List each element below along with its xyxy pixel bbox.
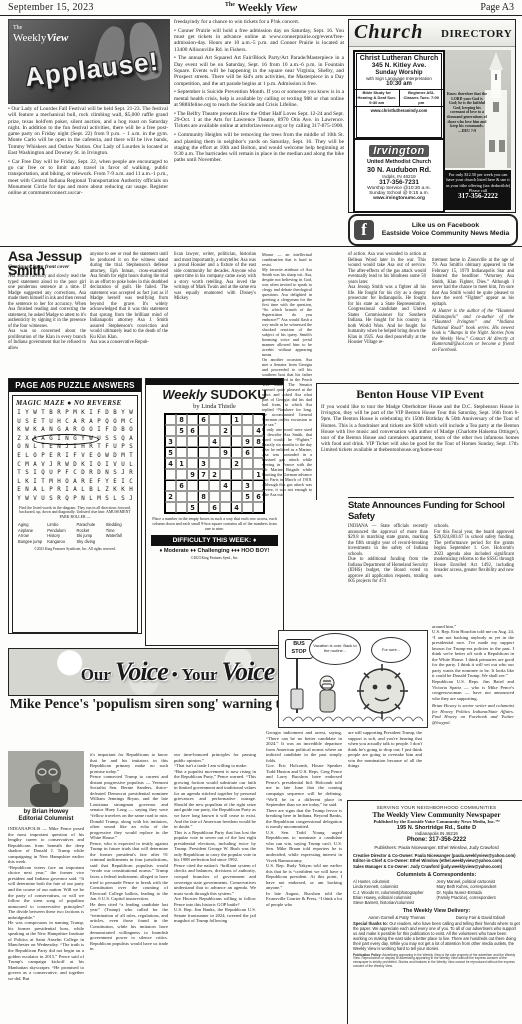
asa-col-6: tirement home in Zionsville at the age o… <box>432 252 514 380</box>
cartoon-speech-bubble-1: Vacation is over. Back to the routine... <box>309 633 361 665</box>
sudoku-copyright: ©2023 King Features Synd., Inc. <box>146 556 283 560</box>
sudoku-cell[interactable] <box>187 436 198 447</box>
sudoku-cell[interactable] <box>187 480 198 491</box>
sudoku-cell[interactable] <box>198 447 209 458</box>
sudoku-cell[interactable] <box>187 458 198 469</box>
word-search-row: CMAVJRWDKIOIVUL <box>15 461 135 470</box>
sudoku-cell[interactable] <box>220 491 231 502</box>
sudoku-title: Weekly SUDOKU <box>146 387 283 402</box>
publishers-line: Publishers: Paula Nicewanger, Ethel Wins… <box>353 845 520 850</box>
newspaper-page: September 15, 2023 The Weekly View Page … <box>0 0 522 1024</box>
sudoku-cell[interactable]: 3 <box>165 436 176 447</box>
sudoku-grid[interactable]: 86156243498596413297216432856564 <box>164 413 265 514</box>
sudoku-cell[interactable] <box>176 447 187 458</box>
sudoku-cell[interactable]: 5 <box>187 502 198 513</box>
sudoku-cell[interactable] <box>242 502 253 513</box>
applause-title: Applause! <box>16 45 169 94</box>
sudoku-cell[interactable]: 2 <box>231 458 242 469</box>
sudoku-cell[interactable] <box>209 491 220 502</box>
sudoku-cell[interactable]: 5 <box>242 491 253 502</box>
editorial-cartoon: BUS STOP Vacation is over. Back to the r… <box>278 630 428 728</box>
sudoku-cell[interactable] <box>209 458 220 469</box>
school-safety-title: State Announces Funding for School Safet… <box>348 500 514 522</box>
sudoku-cell[interactable] <box>209 414 220 425</box>
sudoku-cell[interactable]: 5 <box>176 425 187 436</box>
masthead-phone: Phone: 317-356-2222 <box>353 837 520 843</box>
sudoku-cell[interactable] <box>242 414 253 425</box>
cartoon-speech-bubble-2: For sure... <box>371 637 411 663</box>
church-listing-price-note[interactable]: For only $12.50 per week you can have yo… <box>445 170 511 210</box>
sudoku-cell[interactable] <box>253 458 264 469</box>
masthead-box-title: The Weekly View Community Newspaper <box>353 811 520 819</box>
asa-col-1: Asa Smith carefully and slowly read the … <box>8 274 86 374</box>
sudoku-cell[interactable]: 6 <box>253 491 264 502</box>
church-listing-phone[interactable]: 317-356-2222 <box>445 194 511 199</box>
facebook-line1: Like us on Facebook <box>379 222 512 230</box>
sudoku-cell[interactable]: 9 <box>220 447 231 458</box>
sudoku-cell[interactable] <box>176 469 187 480</box>
sudoku-byline: by Linda Thistle <box>146 403 283 410</box>
sudoku-cell[interactable]: 6 <box>198 414 209 425</box>
special-thanks: Special thanks to: Our readers, who have… <box>353 922 520 951</box>
sudoku-cell[interactable] <box>176 491 187 502</box>
sudoku-cell[interactable]: 3 <box>242 480 253 491</box>
sudoku-cell[interactable] <box>253 447 264 458</box>
sudoku-cell[interactable] <box>187 447 198 458</box>
word-search-row: LKITMHOAREFYEIC <box>15 478 135 487</box>
asa-article-title: Asa Jessup Smith <box>8 249 90 277</box>
circled-answer-kangaroo <box>32 434 99 445</box>
asa-article-subtitle: Continued from front cover <box>8 264 90 270</box>
benton-house-section: Benton House VIP Event If you would like… <box>316 383 519 500</box>
sudoku-cell[interactable] <box>165 480 176 491</box>
sudoku-cell[interactable] <box>242 425 253 436</box>
sudoku-cell[interactable]: 4 <box>253 425 264 436</box>
header-masthead: The Weekly View <box>0 2 522 14</box>
sudoku-cell[interactable]: 4 <box>209 436 220 447</box>
sudoku-box[interactable]: Weekly SUDOKU by Linda Thistle 861562434… <box>145 378 284 646</box>
section-divider <box>0 246 522 247</box>
word-search-row: ELOPERIFVEOWDMT <box>15 452 135 461</box>
word-search-grid: IYWTBRPMKIFDBYWUSETUHCARAPQOMCKWKANGAROO… <box>15 409 135 504</box>
delivery-names: Aaron Gornell & Patty Thomas Danny Fair … <box>353 915 520 920</box>
benton-house-body: If you would like to tour the Madge Ober… <box>321 404 519 454</box>
sudoku-cell[interactable] <box>165 414 176 425</box>
sudoku-cell[interactable] <box>231 480 242 491</box>
serving-line: SERVING YOUR NEIGHBORHOOD COMMUNITIES <box>353 805 520 810</box>
events-intro: freedayindy for a chance to win tickets … <box>174 19 344 25</box>
pence-col-6: around him.” U.S. Rep. Erin Houchin told… <box>432 618 514 796</box>
irvington-logo: Irvington <box>369 145 429 157</box>
columnists-left: Al Hunter, columnistLinda Kennett, colum… <box>353 879 437 905</box>
sudoku-cell[interactable]: 9 <box>242 436 253 447</box>
sudoku-cell[interactable] <box>242 458 253 469</box>
church-directory-ad[interactable]: Church DIRECTORY Christ Lutheran Church … <box>348 19 516 213</box>
maze-copyright: ©2023 King Features Syndicate, Inc. All … <box>15 547 135 551</box>
school-safety-section: State Announces Funding for School Safet… <box>348 497 514 618</box>
facebook-banner[interactable]: f Like us on Facebook Eastside Voice Com… <box>348 214 518 246</box>
sudoku-cell[interactable]: 4 <box>220 480 231 491</box>
sudoku-cell[interactable]: 1 <box>253 469 264 480</box>
sudoku-top-bar <box>146 379 283 385</box>
sudoku-cell[interactable] <box>187 414 198 425</box>
sudoku-cell[interactable]: 6 <box>209 502 220 513</box>
sudoku-cell[interactable] <box>220 436 231 447</box>
owners-list: Creative Director & Co-Owner: Paula Nice… <box>353 853 520 869</box>
school-safety-col-1: INDIANA — State officials recently annou… <box>348 524 428 585</box>
sudoku-cell[interactable] <box>231 447 242 458</box>
sudoku-cell[interactable] <box>198 425 209 436</box>
asa-col-2: anyone to see or read the statement unti… <box>90 252 168 374</box>
word-search-row: USETUHCARAPQOMC <box>15 418 135 427</box>
sudoku-instructions: Place a number in the empty boxes in suc… <box>146 514 283 534</box>
pence-col-4: Georgia indictment and arrest, saying, “… <box>266 730 342 1020</box>
sudoku-cell[interactable] <box>187 491 198 502</box>
sudoku-cell[interactable] <box>220 469 231 480</box>
sudoku-cell[interactable]: 4 <box>165 458 176 469</box>
sudoku-cell[interactable] <box>253 480 264 491</box>
columnists-right: Jerry Mannel, political cartoonistMary B… <box>437 879 521 905</box>
church-directory-heading: Church DIRECTORY <box>349 20 515 47</box>
facebook-line2: Eastside Voice Community News Media <box>379 230 512 238</box>
asa-author-bio: Al Hunter is the author of the “Haunted … <box>432 309 514 353</box>
sudoku-cell[interactable] <box>209 425 220 436</box>
sudoku-cell[interactable] <box>231 469 242 480</box>
sudoku-cell[interactable]: 8 <box>198 491 209 502</box>
sudoku-cell[interactable]: 1 <box>231 414 242 425</box>
sudoku-cell[interactable]: 3 <box>198 458 209 469</box>
banner-separator-dot: • <box>172 665 178 684</box>
events-column: freedayindy for a chance to win tickets … <box>174 19 344 248</box>
brian-howey-photo <box>8 751 84 807</box>
maze-word-list: AgingAirplaneArrowBungee jumpLimboPendul… <box>15 522 135 544</box>
word-search-row: ENALPRIALBLZKKH <box>15 486 135 495</box>
publication-policy: Publication Policy: Advertising appearin… <box>353 954 520 969</box>
sudoku-cell[interactable] <box>198 502 209 513</box>
puzzle-answers-title-bar: PAGE A05 PUZZLE ANSWERS <box>9 379 141 392</box>
church-steeple-photo: Know therefore that the LORD your God is… <box>445 50 511 168</box>
pence-col-1: INDIANAPOLIS — Mike Pence posed the most… <box>8 826 84 1020</box>
school-safety-col-2: schools. For this fiscal year, the board… <box>434 524 514 585</box>
sudoku-cell[interactable] <box>198 436 209 447</box>
howey-bio: Brian Howey is senior writer and columni… <box>432 703 514 725</box>
masthead-info-box: SERVING YOUR NEIGHBORHOOD COMMUNITIES Th… <box>347 800 522 1024</box>
sudoku-cell[interactable]: 2 <box>209 469 220 480</box>
sudoku-cell[interactable] <box>253 502 264 513</box>
sudoku-cell[interactable] <box>165 502 176 513</box>
sudoku-cell[interactable] <box>220 458 231 469</box>
word-search-row: TSIQUPFCDRDNSJR <box>15 469 135 478</box>
pence-col-2: it's important for Republicans to know t… <box>90 752 168 1020</box>
page-header: September 15, 2023 The Weekly View Page … <box>0 0 522 16</box>
irvington-umc-ad[interactable]: Irvington United Methodist Church 30 N. … <box>353 138 445 213</box>
sudoku-cell[interactable] <box>165 469 176 480</box>
facebook-icon: f <box>354 220 374 240</box>
sudoku-cell[interactable] <box>231 436 242 447</box>
sudoku-cell[interactable] <box>253 414 264 425</box>
sudoku-cell[interactable] <box>198 480 209 491</box>
sudoku-cell[interactable] <box>209 480 220 491</box>
sudoku-cell[interactable]: 7 <box>198 469 209 480</box>
sudoku-cell[interactable]: 9 <box>187 469 198 480</box>
pence-col-3: our time-honored principles for passing … <box>174 752 256 1020</box>
sudoku-cell[interactable] <box>231 425 242 436</box>
benton-house-title: Benton House VIP Event <box>321 387 519 402</box>
word-search-row: IYWTBRPMKIFDBYW <box>15 409 135 418</box>
sudoku-cell[interactable] <box>242 469 253 480</box>
sudoku-cell[interactable]: 5 <box>165 447 176 458</box>
header-page-number: Page A3 <box>480 2 514 13</box>
applause-brand: The WeeklyView <box>13 23 68 43</box>
sudoku-cell[interactable] <box>176 502 187 513</box>
sudoku-cell[interactable] <box>220 414 231 425</box>
events-items: • Conner Prairie will hold a free admiss… <box>174 28 344 164</box>
asa-col-5: of action. Asa was wounded in action at … <box>348 252 426 380</box>
scripture-verse: Know therefore that the LORD your God is… <box>447 92 487 133</box>
pence-article-byline: by Brian Howey Editorial Columnist <box>8 809 84 823</box>
sudoku-cell[interactable]: 2 <box>220 425 231 436</box>
sudoku-cell[interactable]: 1 <box>176 458 187 469</box>
magic-maze-title: MAGIC MAZE ● NO REVERSE <box>16 399 135 407</box>
sudoku-cell[interactable]: 8 <box>176 414 187 425</box>
sudoku-cell[interactable]: 6 <box>242 447 253 458</box>
puzzle-answers-box: PAGE A05 PUZZLE ANSWERS MAGIC MAZE ● NO … <box>8 378 142 634</box>
sudoku-cell[interactable]: 2 <box>165 491 176 502</box>
applause-banner: The WeeklyView Applause! <box>8 19 170 104</box>
christ-lutheran-ad[interactable]: Christ Lutheran Church 345 N. Kitley Ave… <box>353 50 445 141</box>
sudoku-cell[interactable] <box>165 425 176 436</box>
word-search-row: YWVUSRQPNLMSLSJ <box>15 495 135 504</box>
asa-col-3: lican lawyer, writer, politician, histor… <box>174 252 256 374</box>
sudoku-cell[interactable] <box>209 447 220 458</box>
sudoku-cell[interactable] <box>176 436 187 447</box>
sudoku-cell[interactable]: 6 <box>176 480 187 491</box>
sudoku-cell[interactable] <box>231 491 242 502</box>
maze-instructions: Find the listed words in the diagram. Th… <box>15 506 135 520</box>
sudoku-difficulty-bar: DIFFICULTY THIS WEEK: ♦ <box>151 535 278 546</box>
pence-col-5: are still supporting President Trump, th… <box>348 730 422 796</box>
sudoku-cell[interactable]: 8 <box>253 436 264 447</box>
christ-lutheran-url[interactable]: www.christlutheranindy.com <box>355 106 443 113</box>
irvington-umc-url[interactable]: www.irvingtonumc.org <box>355 196 443 201</box>
sudoku-cell[interactable]: 4 <box>231 502 242 513</box>
sudoku-cell[interactable] <box>220 502 231 513</box>
applause-items-column: • Our Lady of Lourdes Fall Festival will… <box>8 106 168 248</box>
sudoku-cell[interactable]: 6 <box>187 425 198 436</box>
sudoku-difficulty-levels: ♦ Moderate ♦♦ Challenging ♦♦♦ HOO BOY! <box>146 548 283 554</box>
